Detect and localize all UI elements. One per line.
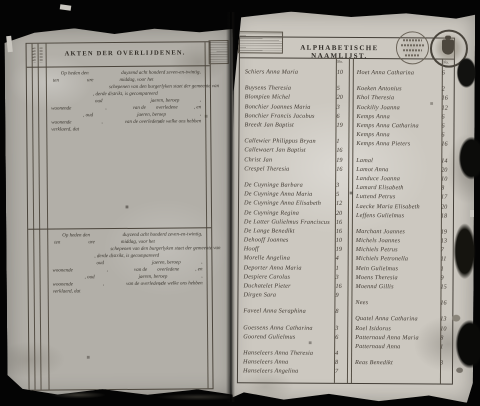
form-text: verklaerd, dat — [53, 288, 81, 295]
entry-act-number: 16 — [331, 219, 348, 226]
form-text: , — [200, 111, 201, 118]
list-row: Leffens Gulielmus18 — [356, 211, 453, 221]
entry-name: Duchatelet Pieter — [243, 282, 330, 290]
list-row: Hanseleers Angelina7 — [243, 367, 347, 377]
margin-column-header — [33, 48, 36, 63]
entry-name: Lamal — [356, 157, 436, 164]
entry-name: Quatel Anna Catharina — [355, 315, 435, 322]
entry-name: Leffens Gulielmus — [356, 212, 436, 219]
entry-act-number: 9 — [330, 292, 347, 299]
death-act-form-2: Op heden denduyzend acht honderd zeven-e… — [52, 231, 203, 295]
entry-name: Hanseleers Anna — [243, 358, 330, 366]
entry-name: Despiere Carolus — [244, 273, 331, 281]
list-group: Reas Benedikt3 — [355, 358, 452, 368]
entry-name: Nees — [355, 299, 435, 306]
entry-name: Breedt Jan Baptist — [244, 121, 331, 129]
entry-name: Hanseleers Angelina — [243, 368, 330, 376]
list-group: Koeken Antonius2Khol Theresia16Kockiliy … — [356, 84, 453, 149]
list-group: Nees16 — [355, 298, 452, 308]
list-row: Hoet Anna Catharina6 — [357, 68, 454, 78]
entry-name: Patternaud Anna — [355, 343, 435, 350]
list-group: Callewier Philippus Bryan1Callewaert Jan… — [244, 136, 348, 173]
entry-name: Moennd Gillis — [355, 283, 435, 290]
name-list-right-column: Hoet Anna Catharina6Koeken Antonius2Khol… — [355, 68, 454, 379]
entry-name: De Lange Benedikt — [244, 227, 331, 235]
entry-name: Callewaert Jan Baptist — [244, 147, 331, 155]
entry-name: Deporter Anna Maria — [244, 264, 331, 272]
form-text: , en — [194, 104, 201, 111]
entry-name: Khol Theresia — [357, 94, 437, 101]
entry-name: Luttend Petrus — [356, 193, 436, 200]
form-text: oud — [96, 260, 104, 267]
entry-act-number: 8 — [330, 359, 347, 366]
margin-column-rule — [32, 44, 36, 390]
list-group: Hanseleers Anna Theresia4Hanseleers Anna… — [243, 348, 347, 376]
list-row: Goorend Gulielmus6 — [243, 332, 347, 342]
entry-name: Landuce Joanna — [356, 175, 436, 182]
entry-name: Hoet Anna Catharina — [357, 69, 437, 76]
entry-act-number: 3 — [330, 324, 347, 331]
list-row: Faveel Anna Seraphina8 — [243, 307, 347, 317]
list-row: Reas Benedikt3 — [355, 358, 452, 368]
entry-name: Kemps Anna Pieters — [356, 140, 436, 147]
entry-act-number: 12 — [331, 200, 348, 207]
entry-act-number: 8 — [330, 308, 347, 315]
entry-name: Lamard Elisabeth — [356, 184, 436, 191]
entry-name: Schiers Anna Maria — [245, 68, 332, 76]
entry-name: Hooff — [244, 246, 331, 254]
margin-column-rule — [38, 44, 42, 390]
left-page-death-acts: AKTEN DER OVERLIJDENEN. Op heden denduyz… — [4, 25, 235, 397]
entry-name: Dirgen Sara — [243, 292, 330, 300]
form-text: , — [107, 267, 108, 274]
entry-act-number: 5 — [331, 191, 348, 198]
fine-print-note — [238, 31, 283, 53]
entry-act-number: 4 — [331, 255, 348, 262]
binding-edge-blotches — [446, 28, 480, 400]
form-text: ten — [54, 240, 60, 247]
list-row: Breedt Jan Baptist19 — [244, 120, 348, 130]
entry-name: Lamot Anna — [356, 166, 436, 173]
entry-name: Laecke Maria Elisabeth — [356, 203, 436, 210]
entry-act-number: 3 — [331, 274, 348, 281]
name-list-left-column: Schiers Anna Maria10Buysens Theresia5Blo… — [243, 67, 349, 378]
paper-specks — [4, 27, 6, 29]
entry-act-number: 6 — [332, 113, 349, 120]
entry-name: Roel Isidorus — [355, 325, 435, 332]
right-page-name-index: ALPHABETISCHE NAAMLIJST. No. No. Schiers… — [229, 11, 475, 402]
entry-name: Callewier Philippus Bryan — [244, 138, 331, 146]
entry-name: Buysens Theresia — [245, 85, 332, 93]
entry-name: De Cuyninge Anna Maria — [244, 190, 331, 198]
column-divider-rule — [351, 58, 354, 383]
paper-crumb — [60, 4, 72, 10]
entry-act-number: 20 — [331, 209, 348, 216]
list-group: Quatel Anna Catharina13Roel Isidorus10Pa… — [355, 314, 452, 351]
entry-name: De Cuyninge Anna Elisabeth — [244, 200, 331, 208]
entry-name: Michiels Petronella — [356, 255, 436, 262]
entry-act-number: 16 — [330, 283, 347, 290]
entry-name: Hanseleers Anna Theresia — [243, 349, 330, 357]
list-group: Goessens Anna Catharina3Goorend Gulielmu… — [243, 323, 347, 342]
act-separator-rule — [28, 227, 211, 230]
entry-name: Dehooff Joannes — [244, 236, 331, 244]
form-text: , — [101, 119, 102, 126]
entry-name: Koeken Antonius — [357, 85, 437, 92]
list-group: Lamal14Lamot Anna20Landuce Joanna10Lamar… — [356, 156, 453, 221]
margin-column-rule — [46, 44, 50, 390]
paper-crumb — [6, 36, 13, 52]
list-row: Patternaud Anna1 — [355, 342, 452, 352]
form-text: ten — [53, 78, 59, 85]
entry-name: Michels Joannes — [356, 237, 436, 244]
entry-name: Marchant Joannes — [356, 228, 436, 235]
entry-name: Crespel Theresia — [244, 165, 331, 173]
entry-name: Blompien Michel — [245, 94, 332, 102]
entry-act-number: 7 — [330, 368, 347, 375]
entry-act-number: 16 — [331, 147, 348, 154]
entry-name: Christ Jan — [244, 156, 331, 164]
entry-name: De Latter Gulielmus Franciscus — [244, 218, 331, 226]
entry-act-number: 20 — [332, 94, 349, 101]
form-text: verklaerd, dat — [51, 126, 79, 133]
no-column-header: No. — [337, 59, 343, 64]
entry-name: Moens Theresia — [356, 274, 436, 281]
entry-act-number: 19 — [331, 246, 348, 253]
entry-name: Kemps Anna — [357, 113, 437, 120]
entry-act-number: 16 — [331, 166, 348, 173]
list-group: Faveel Anna Seraphina8 — [243, 307, 347, 317]
entry-act-number: 6 — [330, 334, 347, 341]
entry-name: Goorend Gulielmus — [243, 333, 330, 341]
list-group: Buysens Theresia5Blompien Michel20Bonchi… — [244, 84, 348, 131]
left-page-table-frame: AKTEN DER OVERLIJDENEN. Op heden denduyz… — [26, 41, 214, 391]
form-text: , — [103, 281, 104, 288]
entry-name: Kockiliy Joanna — [357, 104, 437, 111]
margin-column-header — [40, 48, 43, 63]
form-text: ure — [88, 239, 95, 246]
paper-crumb — [470, 210, 474, 217]
entry-name: Goessens Anna Catharina — [243, 324, 330, 332]
list-row: Kemps Anna Pieters16 — [356, 139, 453, 149]
left-page-title: AKTEN DER OVERLIJDENEN. — [46, 49, 205, 57]
page-gutter-shadow — [226, 12, 235, 402]
form-text: , — [105, 105, 106, 112]
list-group: Hoet Anna Catharina6 — [357, 68, 454, 78]
form-text: , — [200, 97, 201, 104]
form-text: , en — [195, 266, 202, 273]
form-text: , — [201, 259, 202, 266]
form-text: , — [201, 273, 202, 280]
entry-act-number: 10 — [332, 69, 349, 76]
entry-name: Bonchier Joannes Maria — [245, 103, 332, 111]
left-header-band: AKTEN DER OVERLIJDENEN. — [27, 42, 210, 68]
entry-name: Patternaud Anna Maria — [355, 334, 435, 341]
entry-name: Michiels Petrus — [356, 246, 436, 253]
entry-act-number: 10 — [331, 237, 348, 244]
list-group: De Cuyninge Barbara3De Cuyninge Anna Mar… — [243, 180, 348, 300]
list-group: Marchant Joannes19Michels Joannes13Michi… — [355, 227, 452, 292]
list-row: Crespel Theresia16 — [244, 164, 348, 174]
entry-act-number: 3 — [331, 182, 348, 189]
entry-act-number: 1 — [331, 138, 348, 145]
list-group: Schiers Anna Maria10 — [245, 67, 349, 77]
entry-act-number: 19 — [331, 122, 348, 129]
list-row: Nees16 — [355, 298, 452, 308]
scanned-register-spread: AKTEN DER OVERLIJDENEN. Op heden denduyz… — [0, 0, 480, 406]
list-row: Dirgen Sara9 — [243, 290, 347, 300]
entry-act-number: 4 — [330, 350, 347, 357]
right-page-table-frame: ALPHABETISCHE NAAMLIJST. No. No. Schiers… — [237, 36, 455, 384]
right-margin-rule — [205, 42, 209, 388]
entry-name: Mein Gulielmus — [356, 265, 436, 272]
entry-name: Morelle Angelina — [244, 255, 331, 263]
entry-act-number: 19 — [331, 156, 348, 163]
list-row: Moennd Gillis15 — [355, 282, 452, 292]
entry-act-number: 3 — [332, 104, 349, 111]
entry-act-number: 5 — [332, 85, 349, 92]
form-text: oud — [95, 98, 103, 105]
entry-name: De Cuyninge Barbara — [244, 181, 331, 189]
entry-name: Reas Benedikt — [355, 359, 435, 366]
list-row: Schiers Anna Maria10 — [245, 67, 349, 77]
entry-name: Faveel Anna Seraphina — [243, 308, 330, 316]
entry-name: Bonchier Francis Jacobus — [245, 112, 332, 120]
entry-name: Kemps Anna — [356, 131, 436, 138]
entry-act-number: 1 — [331, 265, 348, 272]
entry-act-number: 16 — [331, 228, 348, 235]
entry-name: Kemps Anna Catharina — [356, 122, 436, 129]
death-act-form-1: Op heden denduyzend acht honderd zeven-e… — [51, 69, 202, 133]
entry-name: De Cuyninge Regina — [244, 209, 331, 217]
form-text: ure — [87, 77, 94, 84]
